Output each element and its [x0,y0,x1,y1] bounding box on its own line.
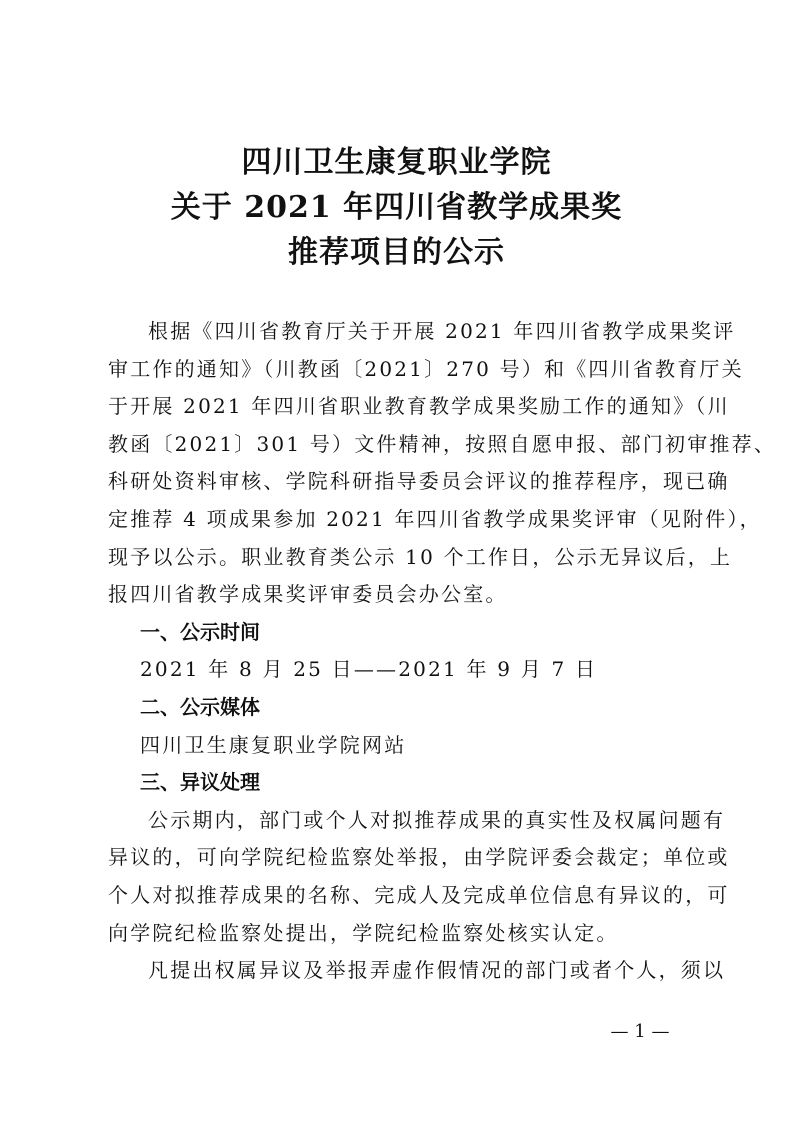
paragraph-line: 现予以公示。职业教育类公示 10 个工作日，公示无异议后，上 [108,539,688,577]
document-page: 四川卫生康复职业学院 关于 2021 年四川省教学成果奖 推荐项目的公示 根据《… [0,0,793,1122]
page-number: — 1 — [600,1020,680,1044]
section-heading: 三、异议处理 [108,764,688,802]
paragraph-line: 于开展 2021 年四川省职业教育教学成果奖励工作的通知》（川 [108,388,688,426]
publicity-dates: 2021 年 8 月 25 日——2021 年 9 月 7 日 [108,651,688,689]
title-line-notice: 推荐项目的公示 [0,230,793,275]
section-heading: 二、公示媒体 [108,689,688,727]
paragraph-line: 报四川省教学成果奖评审委员会办公室。 [108,576,688,614]
paragraph-line: 个人对拟推荐成果的名称、完成人及完成单位信息有异议的，可 [108,877,688,915]
intro-paragraph: 根据《四川省教育厅关于开展 2021 年四川省教学成果奖评 审工作的通知》（川教… [108,313,688,614]
section-heading: 一、公示时间 [108,614,688,652]
paragraph-line: 教函〔2021〕301 号）文件精神，按照自愿申报、部门初审推荐、 [108,426,688,464]
paragraph-line: 凡提出权属异议及举报弄虚作假情况的部门或者个人，须以 [108,952,688,990]
paragraph-line: 公示期内，部门或个人对拟推荐成果的真实性及权属问题有 [108,802,688,840]
paragraph-line: 向学院纪检监察处提出，学院纪检监察处核实认定。 [108,915,688,953]
document-title: 四川卫生康复职业学院 关于 2021 年四川省教学成果奖 推荐项目的公示 [0,140,793,275]
title-line-institution: 四川卫生康复职业学院 [0,140,793,185]
paragraph-line: 异议的，可向学院纪检监察处举报，由学院评委会裁定；单位或 [108,839,688,877]
publicity-media: 四川卫生康复职业学院网站 [108,727,688,765]
document-body: 根据《四川省教育厅关于开展 2021 年四川省教学成果奖评 审工作的通知》（川教… [108,313,688,990]
paragraph-line: 根据《四川省教育厅关于开展 2021 年四川省教学成果奖评 [108,313,688,351]
paragraph-line: 定推荐 4 项成果参加 2021 年四川省教学成果奖评审（见附件）， [108,501,688,539]
paragraph-line: 审工作的通知》（川教函〔2021〕270 号）和《四川省教育厅关 [108,351,688,389]
section-publicity-period: 一、公示时间 2021 年 8 月 25 日——2021 年 9 月 7 日 [108,614,688,689]
paragraph-line: 科研处资料审核、学院科研指导委员会评议的推荐程序，现已确 [108,463,688,501]
section-objection-handling: 三、异议处理 公示期内，部门或个人对拟推荐成果的真实性及权属问题有 异议的，可向… [108,764,688,990]
section-publicity-media: 二、公示媒体 四川卫生康复职业学院网站 [108,689,688,764]
title-line-subject: 关于 2021 年四川省教学成果奖 [0,185,793,230]
